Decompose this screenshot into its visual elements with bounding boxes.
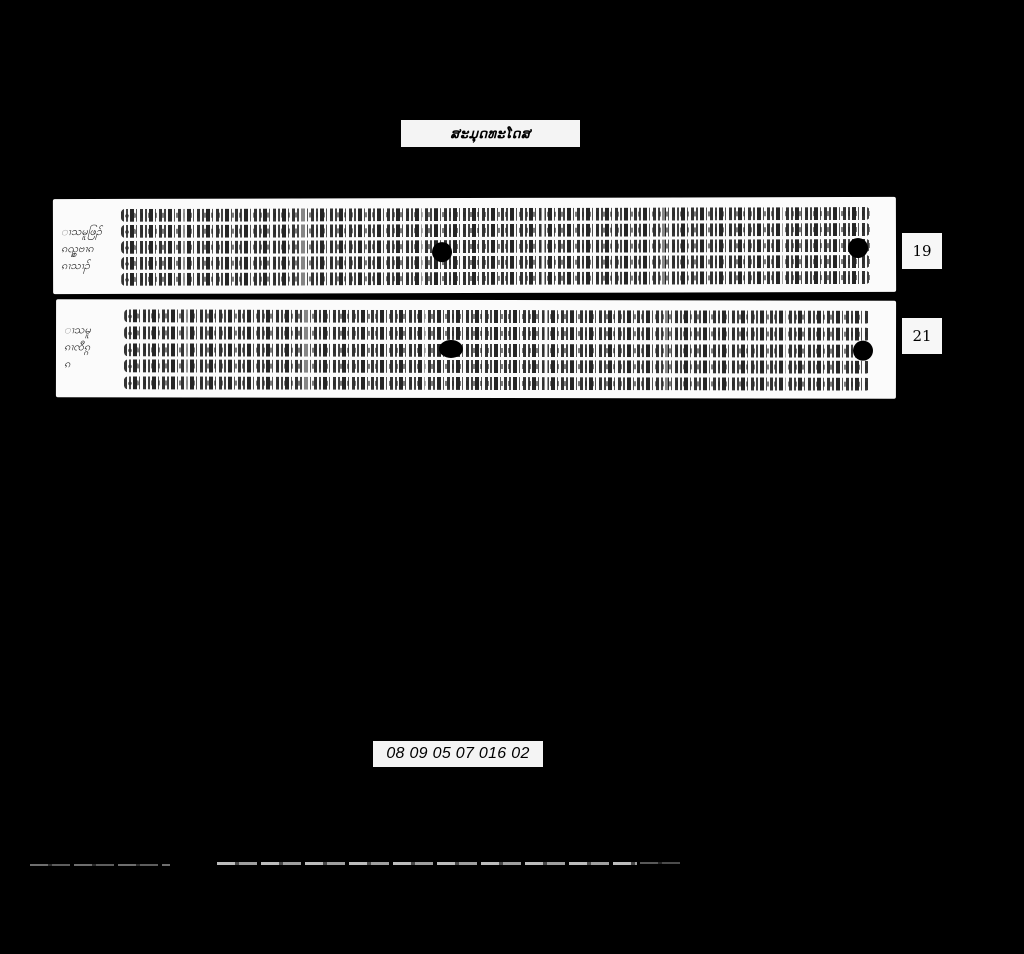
binding-hole-icon <box>853 341 873 361</box>
margin-note-line: ၢသမူ <box>64 321 122 338</box>
margin-note-line: ၵၺ္စဗၢၵ <box>61 240 119 257</box>
script-line <box>124 360 870 374</box>
manuscript-text-block <box>121 207 870 286</box>
script-line <box>121 207 870 222</box>
script-line <box>124 326 870 340</box>
scan-edge-artifact <box>30 864 170 866</box>
script-line <box>121 271 870 286</box>
margin-note-line: ၵ <box>64 355 122 372</box>
script-line <box>124 376 870 390</box>
page-number-label: 21 <box>902 318 942 354</box>
binding-hole-icon <box>848 238 868 258</box>
script-line <box>124 343 870 357</box>
binding-hole-icon <box>439 340 463 358</box>
page-number-label: 19 <box>902 233 942 269</box>
margin-note-line: ၵၢၸီၵ္ဂ <box>64 338 122 355</box>
catalog-number-label: 08 09 05 07 016 02 <box>373 741 543 767</box>
binding-hole-icon <box>432 242 452 262</box>
manuscript-title-label: ສະມຸດທະໂດສ <box>401 120 580 147</box>
margin-note: ၢသမူဖြၣ် ၵၺ္စဗၢၵ ၵၢသၢၣ် <box>61 223 119 274</box>
palm-leaf-page-21: ၢသမူ ၵၢၸီၵ္ဂ ၵ <box>56 299 896 398</box>
margin-note-line: ၵၢသၢၣ် <box>61 257 119 274</box>
scan-edge-artifact <box>640 862 680 864</box>
margin-note-line: ၢသမူဖြၣ် <box>61 223 119 240</box>
script-line <box>124 309 870 323</box>
scan-edge-artifact <box>217 862 637 865</box>
script-line <box>121 255 870 270</box>
manuscript-text-block <box>124 309 870 390</box>
script-line <box>121 223 870 238</box>
palm-leaf-page-19: ၢသမူဖြၣ် ၵၺ္စဗၢၵ ၵၢသၢၣ် <box>53 197 896 294</box>
margin-note: ၢသမူ ၵၢၸီၵ္ဂ ၵ <box>64 321 122 372</box>
script-line <box>121 239 870 254</box>
